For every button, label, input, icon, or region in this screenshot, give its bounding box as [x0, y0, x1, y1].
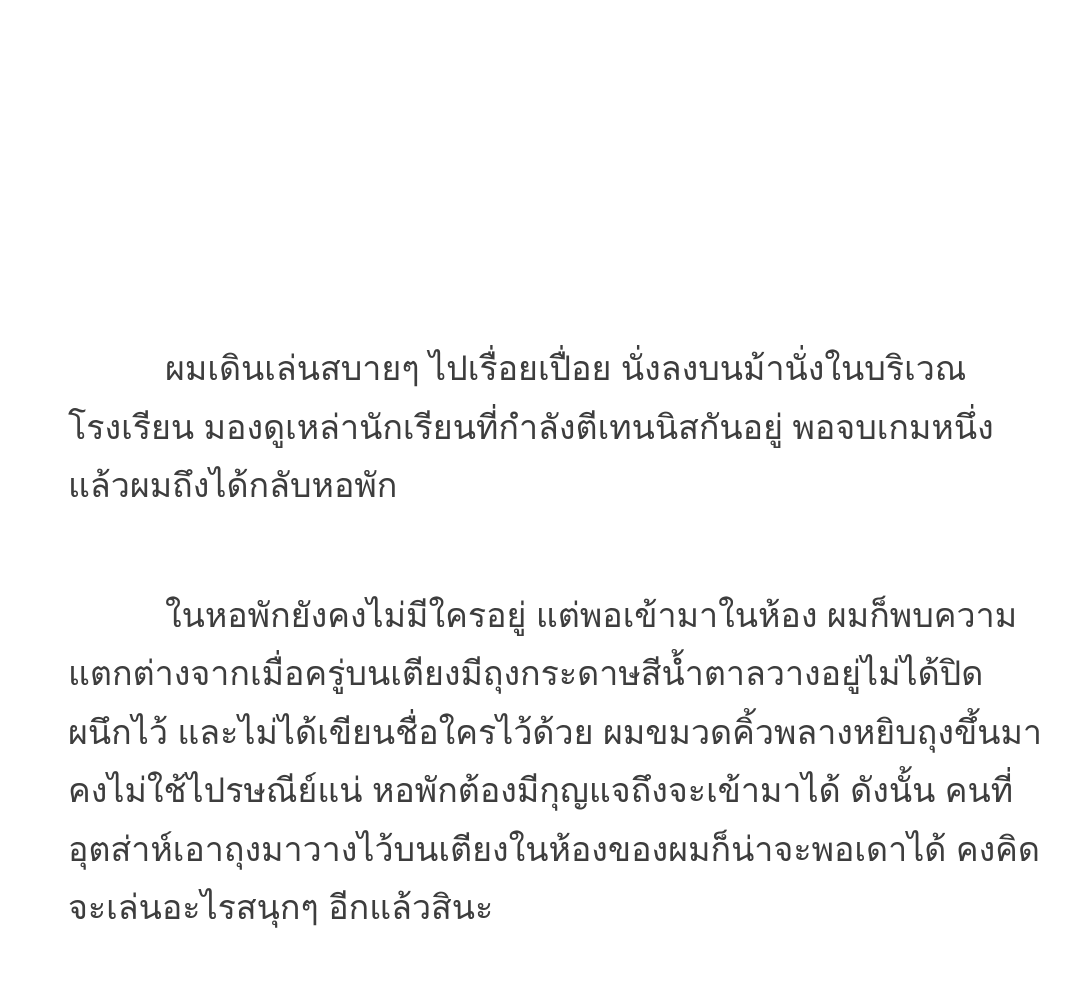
paragraph-2: ในหอพักยังคงไม่มีใครอยู่ แต่พอเข้ามาในห้…: [68, 587, 1016, 938]
text-line: จะเล่นอะไรสนุกๆ อีกแล้วสินะ: [68, 879, 1016, 938]
text-line: แตกต่างจากเมื่อครู่บนเตียงมีถุงกระดาษสีน…: [68, 645, 1016, 704]
text-line: ในหอพักยังคงไม่มีใครอยู่ แต่พอเข้ามาในห้…: [68, 587, 1016, 646]
text-line: ผมเดินเล่นสบายๆ ไปเรื่อยเปื่อย นั่งลงบนม…: [68, 340, 1016, 399]
text-line: ผนึกไว้ และไม่ได้เขียนชื่อใครไว้ด้วย ผมข…: [68, 704, 1016, 763]
text-line: คงไม่ใช้ไปรษณีย์แน่ หอพักต้องมีกุญแจถึงจ…: [68, 762, 1016, 821]
text-block: ผมเดินเล่นสบายๆ ไปเรื่อยเปื่อย นั่งลงบนม…: [68, 340, 1016, 938]
text-line: แล้วผมถึงได้กลับหอพัก: [68, 457, 1016, 516]
text-line: โรงเรียน มองดูเหล่านักเรียนที่กำลังตีเทน…: [68, 399, 1016, 458]
paragraph-1: ผมเดินเล่นสบายๆ ไปเรื่อยเปื่อย นั่งลงบนม…: [68, 340, 1016, 516]
reader-page: ผมเดินเล่นสบายๆ ไปเรื่อยเปื่อย นั่งลงบนม…: [0, 0, 1080, 1000]
text-line: อุตส่าห์เอาถุงมาวางไว้บนเตียงในห้องของผม…: [68, 821, 1016, 880]
